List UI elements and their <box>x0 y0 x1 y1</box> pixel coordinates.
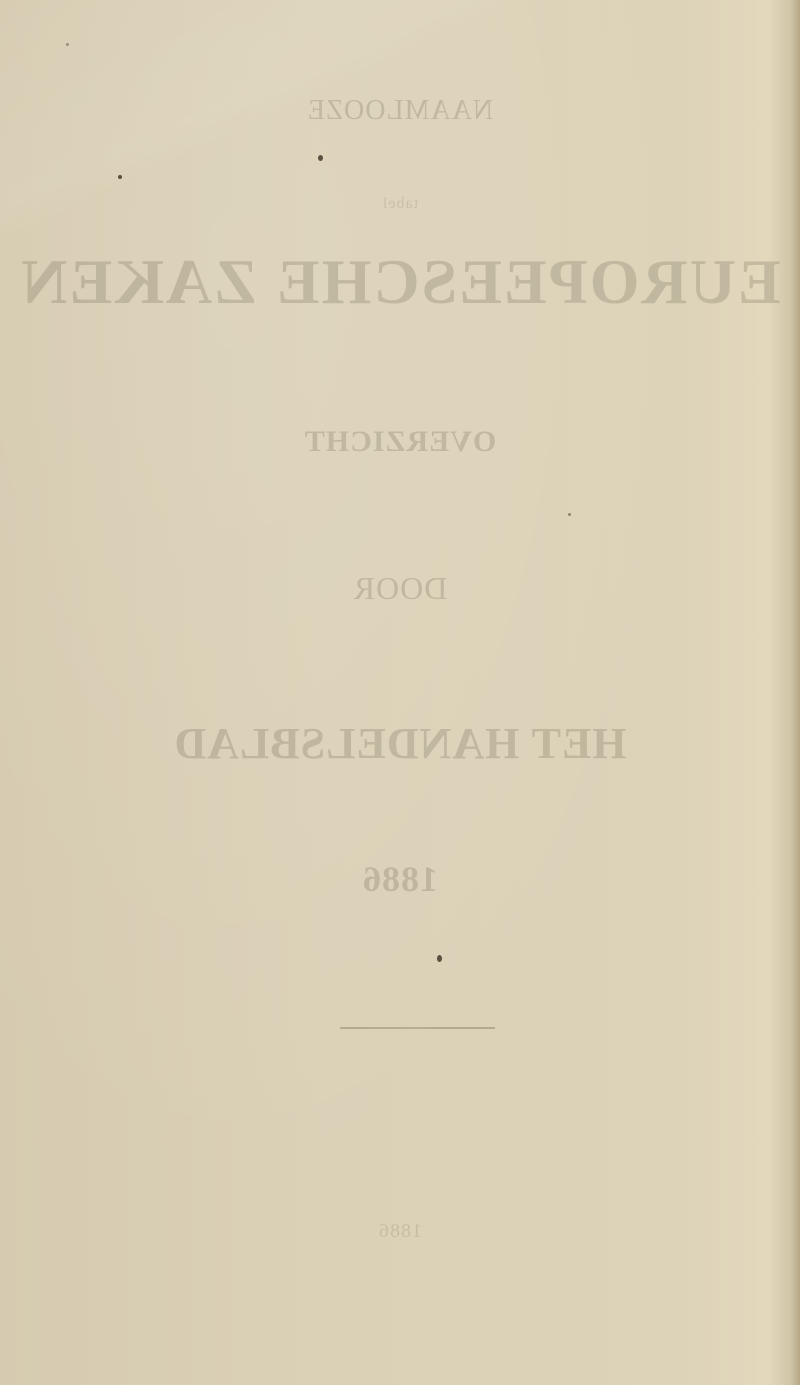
bleed-through-line-4: OVERZICHT <box>0 425 800 459</box>
paper-speck <box>118 175 122 179</box>
scanned-page: NAAMLOOZE tabel EUROPEESCHE ZAKEN OVERZI… <box>0 0 800 1385</box>
paper-speck <box>318 155 323 161</box>
bleed-through-line-5: DOOR <box>0 570 800 607</box>
bleed-through-line-1: NAAMLOOZE <box>0 95 800 127</box>
bleed-through-year: 1886 <box>0 858 800 900</box>
bleed-through-publisher: HET HANDELSBLAD <box>0 718 800 769</box>
bleed-through-rule <box>340 1027 495 1029</box>
paper-speck <box>66 43 69 46</box>
bleed-through-title: EUROPEESCHE ZAKEN <box>0 245 800 319</box>
bleed-through-line-2: tabel <box>0 195 800 213</box>
paper-speck <box>568 513 571 516</box>
bleed-through-imprint-year: 1886 <box>0 1220 800 1243</box>
paper-speck <box>437 955 442 962</box>
